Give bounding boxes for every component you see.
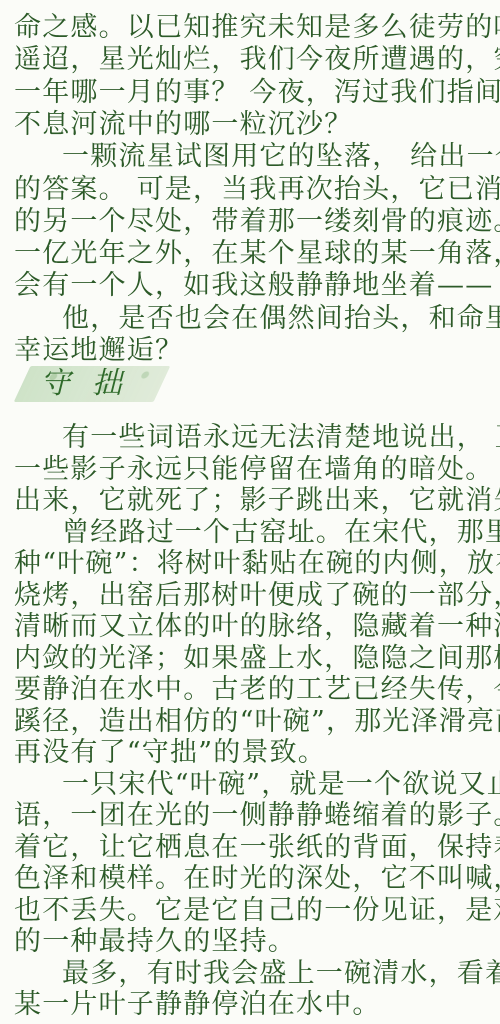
- text-line: 某一片叶子静静停泊在水中。: [14, 985, 486, 1024]
- section-title: 守拙: [40, 364, 144, 404]
- section-heading: 守拙: [22, 362, 162, 406]
- book-page: 命之感。以已知推究未知是多么徒劳的呵，银汉 遥迢，星光灿烂，我们今夜所遭遇的，究…: [0, 0, 500, 1024]
